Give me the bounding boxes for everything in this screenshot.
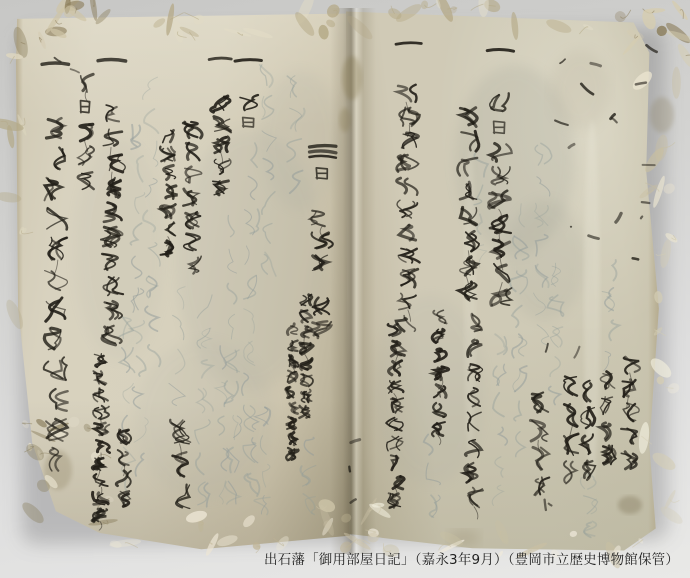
right-page (346, 6, 662, 556)
left-page (12, 8, 350, 552)
caption: 出石藩「御用部屋日記」（嘉永3年9月）（豊岡市立歴史博物館保管） (264, 551, 679, 569)
photo: 出石藩「御用部屋日記」（嘉永3年9月）（豊岡市立歴史博物館保管） (0, 0, 690, 578)
book-gutter (330, 8, 376, 554)
